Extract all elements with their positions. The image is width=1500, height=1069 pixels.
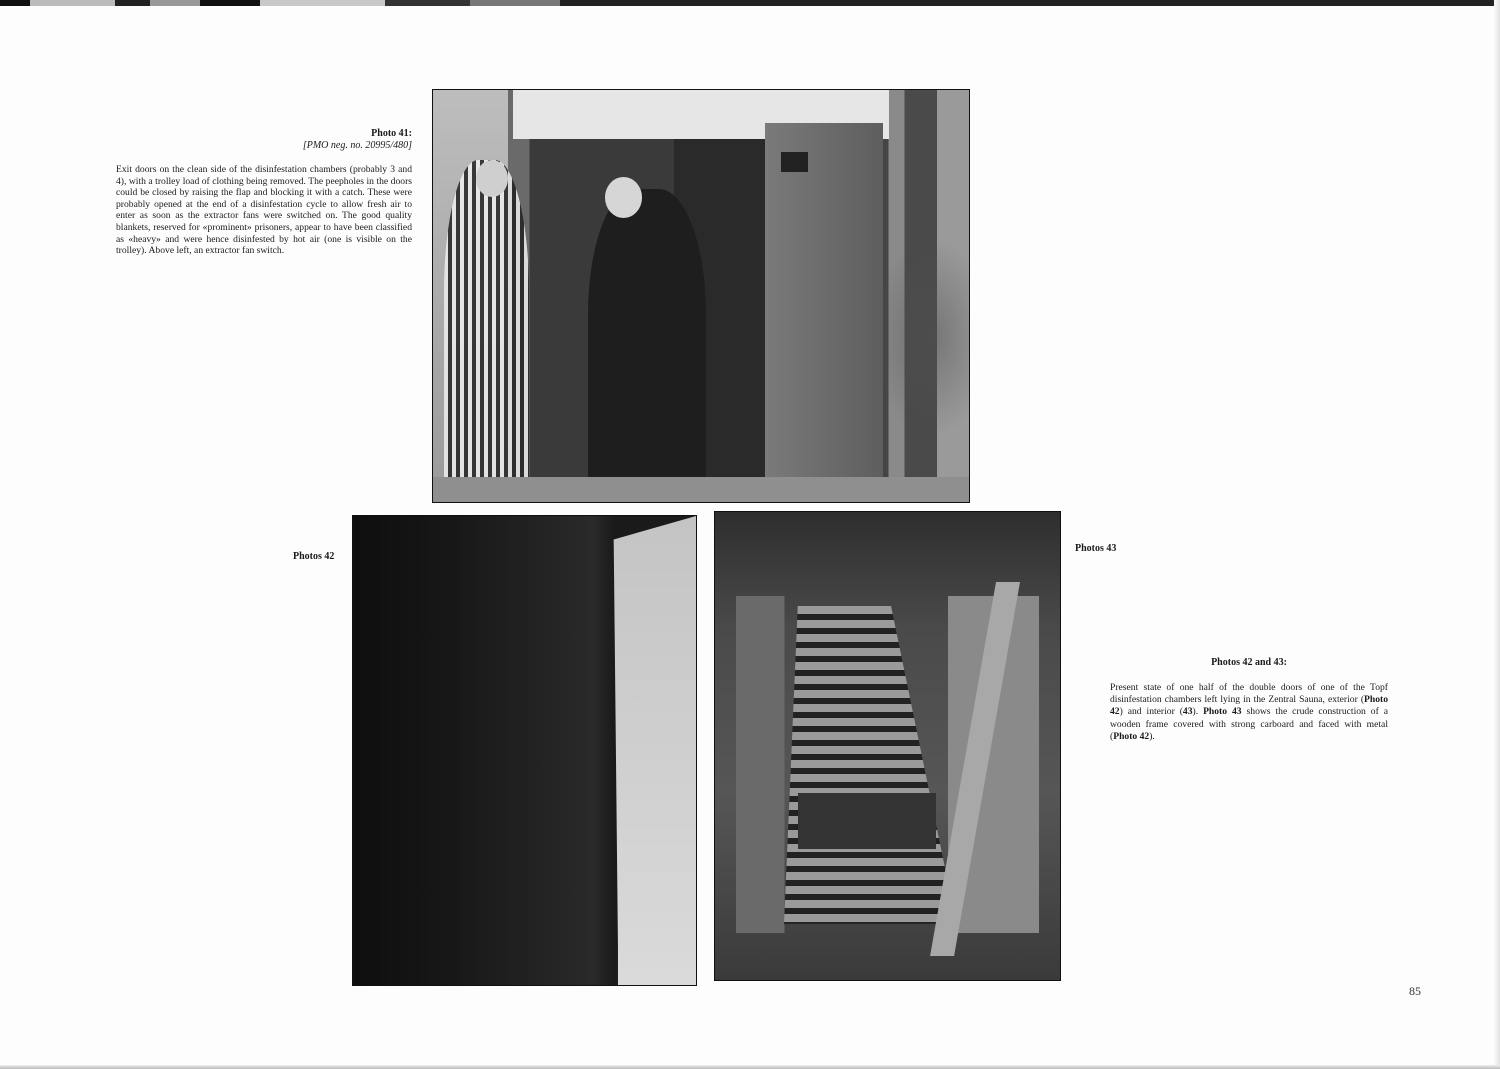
photo-41-prisoner-head bbox=[476, 160, 508, 197]
photo-43-torn-area bbox=[798, 793, 936, 849]
caption-text: ) and interior ( bbox=[1120, 706, 1183, 717]
photo-41-reference: [PMO neg. no. 20995/480] bbox=[116, 140, 412, 152]
photo-42 bbox=[352, 515, 697, 986]
photo-41-man-head bbox=[605, 177, 643, 218]
photo-41-title: Photo 41: bbox=[116, 128, 412, 140]
photo-41-caption: Photo 41: [PMO neg. no. 20995/480] Exit … bbox=[116, 128, 412, 257]
photo-43-label: Photos 43 bbox=[1075, 543, 1116, 554]
photo-42-wall bbox=[610, 516, 696, 985]
photo-41-prisoner-striped bbox=[444, 160, 530, 490]
photo-41-man-dark-coat bbox=[588, 189, 706, 502]
photo-41-caption-text: Exit doors on the clean side of the disi… bbox=[116, 164, 412, 257]
photos-42-43-caption: Photos 42 and 43: Present state of one h… bbox=[1110, 657, 1388, 743]
photo-41-peephole bbox=[781, 152, 808, 173]
photo-41-floor bbox=[433, 477, 969, 502]
photo-41-chamber-door bbox=[765, 123, 883, 494]
caption-ref: 43 bbox=[1183, 706, 1193, 717]
photo-42-label: Photos 42 bbox=[293, 551, 334, 562]
caption-text: Present state of one half of the double … bbox=[1110, 682, 1388, 705]
caption-ref: Photo 43 bbox=[1203, 706, 1242, 717]
scan-bottom-edge bbox=[0, 1065, 1500, 1069]
caption-text: ). bbox=[1193, 706, 1204, 717]
photo-41 bbox=[432, 89, 970, 503]
scan-right-edge bbox=[1494, 0, 1500, 1069]
page-number: 85 bbox=[1409, 984, 1421, 999]
scan-top-edge bbox=[0, 0, 1500, 6]
photos-42-43-caption-text: Present state of one half of the double … bbox=[1110, 682, 1388, 743]
photo-43 bbox=[714, 511, 1061, 981]
caption-ref: Photo 42 bbox=[1113, 731, 1149, 742]
photos-42-43-title: Photos 42 and 43: bbox=[1110, 657, 1388, 668]
caption-text: ). bbox=[1149, 731, 1155, 742]
